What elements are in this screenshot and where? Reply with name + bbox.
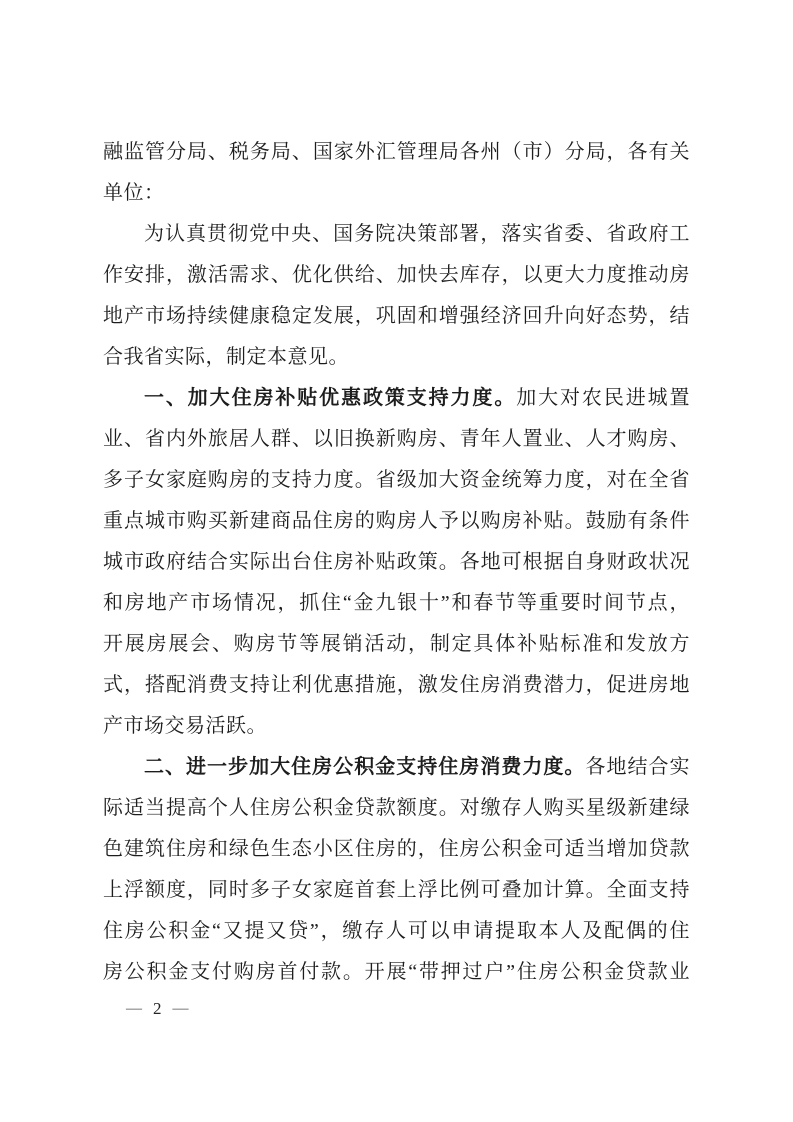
paragraph-addressee: 融监管分局、税务局、国家外汇管理局各州（市）分局，各有关单位： xyxy=(103,132,690,214)
text-line: 融监管分局、税务局、国家外汇管理局各州（市）分局，各有关 xyxy=(103,132,690,173)
text-line: 为认真贯彻党中央、国务院决策部署，落实省委、省政府工 xyxy=(103,214,690,255)
text-line: 住房公积金“又提又贷”，缴存人可以申请提取本人及配偶的住 xyxy=(103,911,690,952)
text-line: 上浮额度，同时多子女家庭首套上浮比例可叠加计算。全面支持 xyxy=(103,870,690,911)
footer-dash-left: — xyxy=(126,1000,142,1018)
text-line: 城市政府结合实际出台住房补贴政策。各地可根据自身财政状况 xyxy=(103,542,690,583)
text-line: 际适当提高个人住房公积金贷款额度。对缴存人购买星级新建绿 xyxy=(103,788,690,829)
document-page: 融监管分局、税务局、国家外汇管理局各州（市）分局，各有关单位：为认真贯彻党中央、… xyxy=(0,0,793,1122)
page-footer: — 2 — xyxy=(126,997,189,1021)
text-line: 房公积金支付购房首付款。开展“带押过户”住房公积金贷款业 xyxy=(103,952,690,993)
text-line: 开展房展会、购房节等展销活动，制定具体补贴标准和发放方 xyxy=(103,624,690,665)
text-line: 一、加大住房补贴优惠政策支持力度。加大对农民进城置 xyxy=(103,378,690,419)
text-line: 式，搭配消费支持让利优惠措施，激发住房消费潜力，促进房地 xyxy=(103,665,690,706)
paragraph-section-2: 二、进一步加大住房公积金支持住房消费力度。各地结合实际适当提高个人住房公积金贷款… xyxy=(103,747,690,993)
text-line: 二、进一步加大住房公积金支持住房消费力度。各地结合实 xyxy=(103,747,690,788)
document-body: 融监管分局、税务局、国家外汇管理局各州（市）分局，各有关单位：为认真贯彻党中央、… xyxy=(103,132,690,993)
text-line: 产市场交易活跃。 xyxy=(103,706,690,747)
text-line: 多子女家庭购房的支持力度。省级加大资金统筹力度，对在全省 xyxy=(103,460,690,501)
text-line: 地产市场持续健康稳定发展，巩固和增强经济回升向好态势，结 xyxy=(103,296,690,337)
footer-dash-right: — xyxy=(173,1000,189,1018)
paragraph-section-1: 一、加大住房补贴优惠政策支持力度。加大对农民进城置业、省内外旅居人群、以旧换新购… xyxy=(103,378,690,747)
text-line: 作安排，激活需求、优化供给、加快去库存，以更大力度推动房 xyxy=(103,255,690,296)
text-line: 合我省实际，制定本意见。 xyxy=(103,337,690,378)
page-number: 2 xyxy=(153,999,162,1019)
text-line: 和房地产市场情况，抓住“金九银十”和春节等重要时间节点， xyxy=(103,583,690,624)
text-line: 重点城市购买新建商品住房的购房人予以购房补贴。鼓励有条件 xyxy=(103,501,690,542)
text-line: 业、省内外旅居人群、以旧换新购房、青年人置业、人才购房、 xyxy=(103,419,690,460)
text-line: 单位： xyxy=(103,173,690,214)
section-heading: 一、加大住房补贴优惠政策支持力度。 xyxy=(144,387,516,409)
paragraph-preamble: 为认真贯彻党中央、国务院决策部署，落实省委、省政府工作安排，激活需求、优化供给、… xyxy=(103,214,690,378)
section-heading: 二、进一步加大住房公积金支持住房消费力度。 xyxy=(144,756,585,778)
text-line: 色建筑住房和绿色生态小区住房的，住房公积金可适当增加贷款 xyxy=(103,829,690,870)
